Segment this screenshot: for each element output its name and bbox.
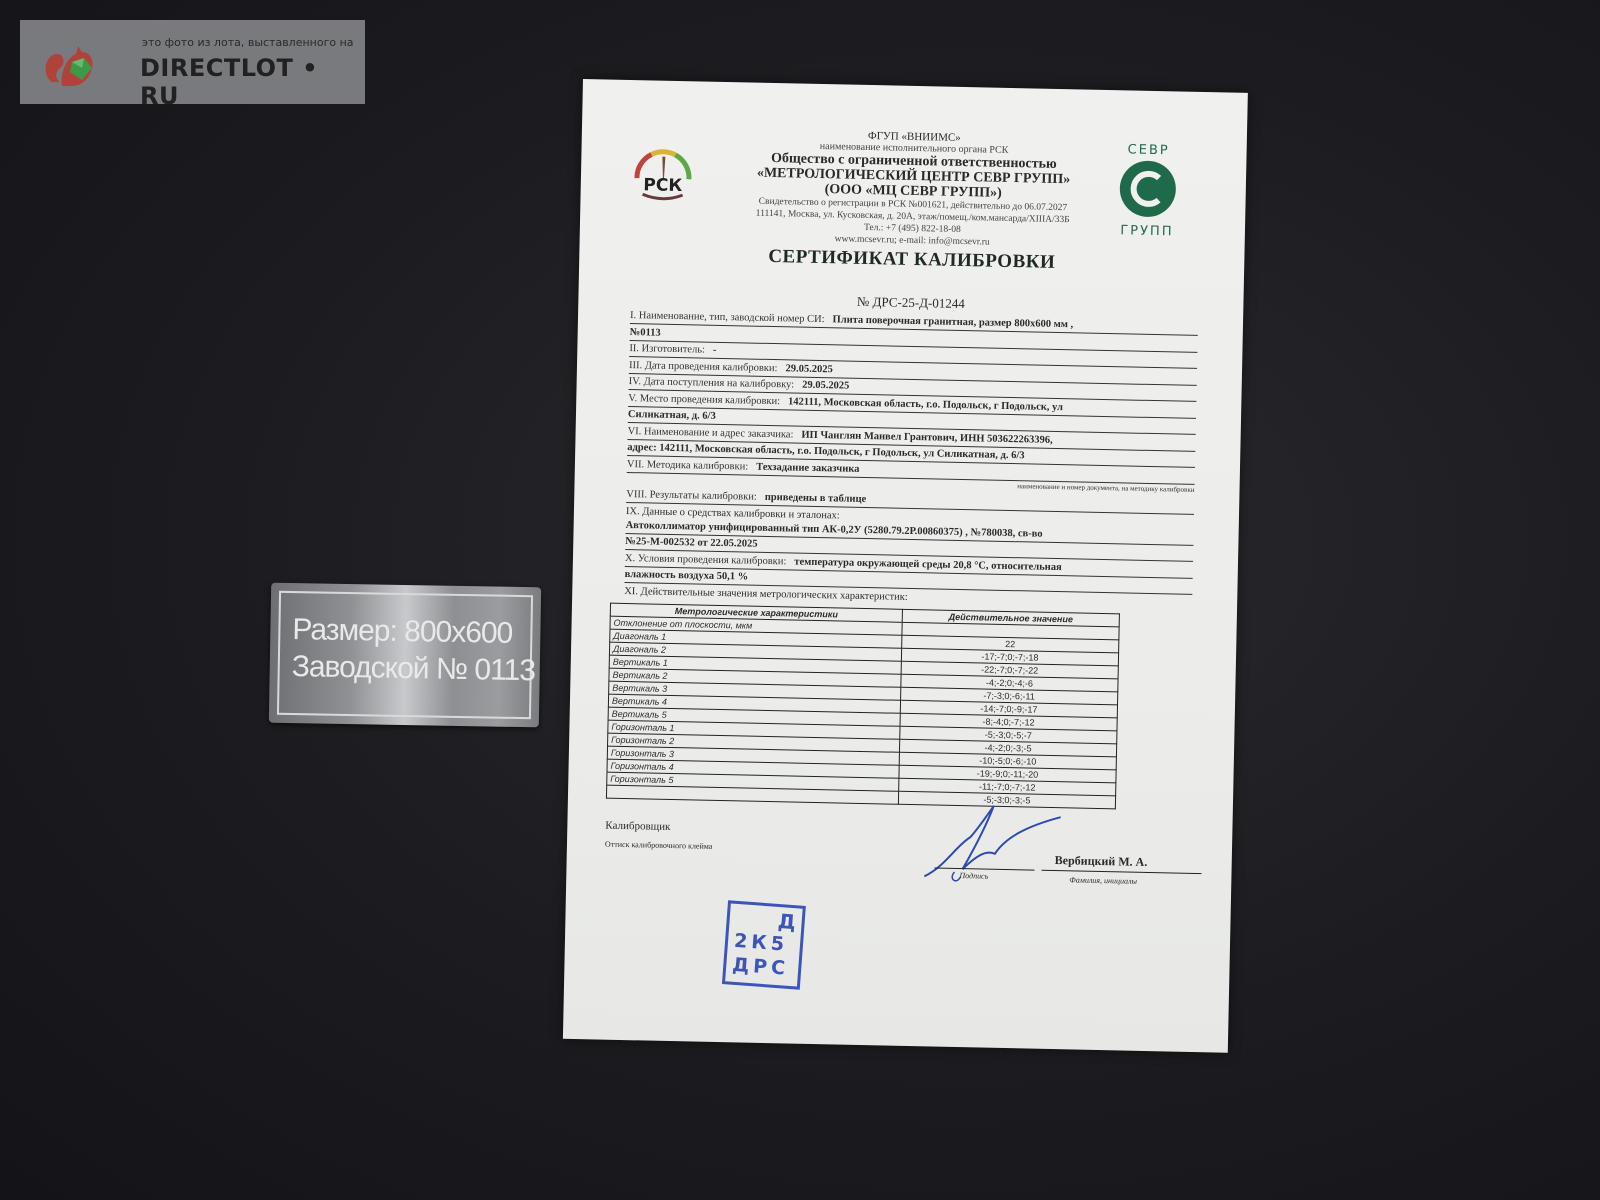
field-value: Плита поверочная гранитная, размер 800x6…	[824, 314, 1073, 330]
field-label: III. Дата проведения калибровки:	[629, 360, 778, 374]
sevr-logo-top: СЕВР	[1113, 142, 1183, 158]
calibrator-role: Калибровщик	[605, 820, 670, 833]
sevr-logo-bottom: ГРУПП	[1112, 223, 1182, 239]
field-value: -	[705, 345, 717, 356]
field-value: ИП Чанглян Манвел Грантович, ИНН 5036222…	[793, 429, 1053, 445]
field-value: 29.05.2025	[794, 379, 849, 391]
plate-size-text: Размер: 800x600	[292, 613, 512, 651]
field-value: Силикатная, д. 6/3	[628, 409, 716, 422]
stamp-caption: Оттиск калибровочного клейма	[605, 840, 713, 851]
directlot-watermark: это фото из лота, выставленного на DIREC…	[20, 20, 365, 104]
measurements-table: Метрологические характеристики Действите…	[606, 603, 1120, 810]
watermark-brand: DIRECTLOT • RU	[140, 54, 365, 110]
field-label: V. Место проведения калибровки:	[628, 393, 780, 407]
name-caption: Фамилия, инициалы	[1069, 875, 1137, 885]
stamp-line1: Д	[777, 909, 797, 934]
signature-caption: Подпись	[959, 871, 988, 881]
field-label: I. Наименование, тип, заводской номер СИ…	[630, 310, 825, 325]
field-value: приведены в таблице	[757, 492, 867, 505]
field-label: VI. Наименование и адрес заказчика:	[628, 426, 794, 440]
field-label: VIII. Результаты калибровки:	[626, 489, 757, 503]
sevr-group-logo: СЕВР ГРУПП	[1112, 142, 1184, 239]
field-value: №0113	[630, 327, 661, 339]
field-label: VII. Методика калибровки:	[627, 459, 748, 473]
field-value: №25-М-002532 от 22.05.2025	[625, 536, 757, 550]
field-label: IV. Дата поступления на калибровку:	[629, 376, 795, 390]
field-value: Техзадание заказчика	[748, 461, 860, 474]
calibration-certificate: РСК ФГУП «ВНИИМС» наименование исполните…	[563, 79, 1248, 1053]
field-value: влажность воздуха 50,1 %	[625, 569, 749, 583]
calibrator-name: Вербицкий М. А.	[1055, 853, 1148, 870]
signature-icon	[914, 796, 1066, 889]
squirrel-logo-icon	[42, 38, 108, 90]
field-value: 29.05.2025	[777, 363, 832, 375]
field-label: X. Условия проведения калибровки:	[625, 552, 787, 566]
sevr-c-logo-icon	[1118, 159, 1177, 218]
field-value: температура окружающей среды 20,8 °С, от…	[786, 556, 1062, 573]
field-label: II. Изготовитель:	[629, 343, 705, 356]
name-line	[1042, 870, 1202, 874]
watermark-tagline: это фото из лота, выставленного на	[142, 36, 354, 49]
calibration-stamp: Д 2К5 ДРС	[722, 900, 806, 989]
stamp-line2: 2К5	[733, 930, 788, 956]
stamp-line3: ДРС	[732, 954, 790, 980]
certificate-fields: I. Наименование, тип, заводской номер СИ…	[624, 309, 1198, 610]
plate-serial-text: Заводской № 0113	[291, 650, 535, 688]
signoff-block: Калибровщик Оттиск калибровочного клейма…	[602, 820, 1202, 992]
metal-nameplate: Размер: 800x600 Заводской № 0113	[269, 583, 541, 728]
